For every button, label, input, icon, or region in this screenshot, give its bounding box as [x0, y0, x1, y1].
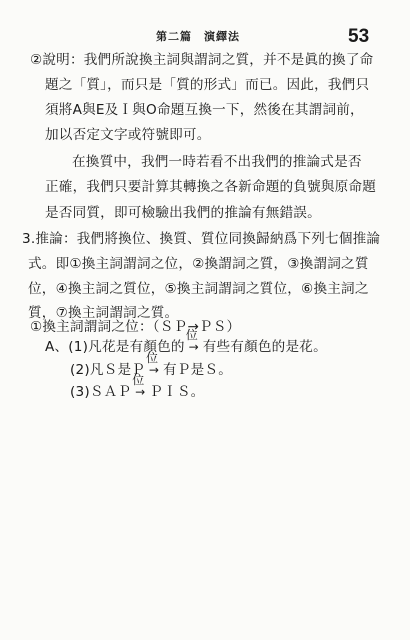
paragraph-line: 加以否定文字或符號即可。 — [45, 127, 211, 143]
page-number: 53 — [348, 26, 369, 48]
paragraph-line: ②說明：我們所說換主詞與謂詞之質，并不是眞的換了命 — [30, 52, 373, 68]
paragraph-line: 位，④換主詞之質位，⑤換主詞謂詞之質位，⑥換主詞之 — [28, 281, 369, 297]
paragraph-line: 式。即①換主詞謂詞之位，②換謂詞之質，③換謂詞之質 — [28, 256, 369, 272]
conversion-arrow-icon: 位→ — [185, 339, 203, 355]
paragraph-line: 正確，我們只要計算其轉換之各新命題的負號與原命題 — [45, 179, 376, 195]
proposition-tag: A、 — [45, 339, 68, 355]
paragraph-line: 3.推論：我們將換位、換質、質位同換歸納爲下列七個推論 — [22, 231, 380, 247]
paragraph-line: 是否同質，即可檢驗出我們的推論有無錯誤。 — [45, 205, 321, 221]
example-row: A、(1)凡花是有顏色的位→有些有顏色的是花。 — [45, 339, 327, 355]
paragraph-line: 在換質中，我們一時若看不出我們的推論式是否 — [72, 154, 362, 170]
running-header-title: 第二篇 演繹法 — [156, 28, 240, 44]
example-row: (2)凡Ｓ是Ｐ位→有Ｐ是Ｓ。 — [70, 362, 232, 378]
conversion-arrow-icon: 位→ — [131, 384, 149, 400]
conversion-arrow-icon: 位→ — [145, 362, 163, 378]
section-heading: ①換主詞謂詞之位：（ＳＰ→ＰＳ） — [30, 319, 240, 335]
paragraph-line: 須將A與E及Ｉ與O命題互換一下，然後在其謂詞前， — [45, 102, 364, 118]
paragraph-line: 題之「質」，而只是「質的形式」而已。因此，我們只 — [45, 77, 369, 93]
document-page: 第二篇 演繹法 53 ②說明：我們所說換主詞與謂詞之質，并不是眞的換了命 題之「… — [0, 0, 410, 640]
example-row: (3)ＳＡＰ位→ＰＩＳ。 — [70, 384, 204, 400]
